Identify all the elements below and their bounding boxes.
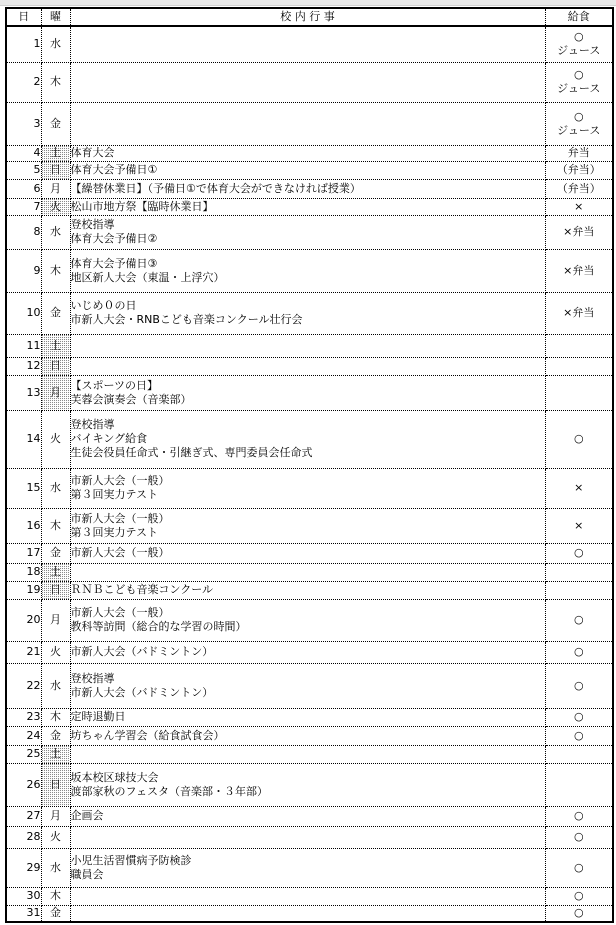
events-cell[interactable] — [70, 357, 545, 375]
event-line: 登校指導 — [71, 672, 545, 686]
day-cell[interactable]: 21 — [6, 641, 41, 663]
lunch-cell[interactable] — [545, 763, 613, 806]
table-row: 25土 — [6, 745, 613, 763]
table-row: 11土 — [6, 334, 613, 357]
lunch-served-mark: ○ — [546, 710, 613, 724]
event-line: 市新人大会（一般） — [71, 474, 545, 488]
lunch-cell[interactable]: ×弁当 — [545, 249, 613, 292]
lunch-cell[interactable]: ○ — [545, 726, 613, 745]
table-row: 5日体育大会予備日①（弁当） — [6, 161, 613, 179]
lunch-cell[interactable] — [545, 563, 613, 581]
table-row: 19日ＲＮＢこども音楽コンクール — [6, 581, 613, 599]
events-cell[interactable]: 市新人大会（一般） — [70, 543, 545, 563]
day-cell[interactable]: 14 — [6, 410, 41, 468]
day-cell[interactable]: 6 — [6, 179, 41, 198]
day-cell[interactable]: 18 — [6, 563, 41, 581]
table-row: 2木○ジュース — [6, 62, 613, 102]
events-cell[interactable]: 小児生活習慣病予防検診職員会 — [70, 848, 545, 887]
event-line: 市新人大会（バドミントン） — [71, 645, 545, 659]
events-cell[interactable] — [70, 563, 545, 581]
day-cell[interactable]: 8 — [6, 215, 41, 249]
event-line: 体育大会 — [71, 146, 545, 160]
table-body: 1水○ジュース2木○ジュース3金○ジュース4土体育大会弁当5日体育大会予備日①（… — [6, 26, 613, 922]
lunch-none-mark: × — [546, 519, 613, 533]
lunch-cell[interactable]: ×弁当 — [545, 292, 613, 334]
event-line: 市新人大会（一般） — [71, 606, 545, 620]
day-cell[interactable]: 22 — [6, 663, 41, 708]
events-cell[interactable]: ＲＮＢこども音楽コンクール — [70, 581, 545, 599]
events-cell[interactable]: 登校指導市新人大会（バドミントン） — [70, 663, 545, 708]
events-cell[interactable] — [70, 826, 545, 848]
event-line: 坂本校区球技大会 — [71, 771, 545, 785]
table-row: 24金坊ちゃん学習会（給食試食会）○ — [6, 726, 613, 745]
table-row: 21火市新人大会（バドミントン）○ — [6, 641, 613, 663]
lunch-cell[interactable]: ○ — [545, 410, 613, 468]
lunch-served-mark: ○ — [546, 432, 613, 446]
day-cell[interactable]: 11 — [6, 334, 41, 357]
weekday-cell[interactable]: 土 — [41, 145, 70, 161]
table-row: 16木市新人大会（一般）第３回実力テスト× — [6, 508, 613, 543]
lunch-cell[interactable]: × — [545, 508, 613, 543]
header-weekday: 曜 — [41, 8, 70, 26]
sheet-top-edge — [0, 0, 616, 6]
lunch-served-mark: ○ — [546, 809, 613, 823]
day-cell[interactable]: 9 — [6, 249, 41, 292]
weekday-cell[interactable]: 火 — [41, 410, 70, 468]
table-row: 30木○ — [6, 887, 613, 905]
lunch-cell[interactable] — [545, 581, 613, 599]
day-cell[interactable]: 10 — [6, 292, 41, 334]
weekday-cell[interactable]: 日 — [41, 161, 70, 179]
events-cell[interactable]: 市新人大会（一般）教科等訪問（総合的な学習の時間） — [70, 599, 545, 641]
day-cell[interactable]: 26 — [6, 763, 41, 806]
table-row: 26日坂本校区球技大会渡部家秋のフェスタ（音楽部・３年部） — [6, 763, 613, 806]
event-line: バイキング給食 — [71, 432, 545, 446]
table-row: 17金市新人大会（一般）○ — [6, 543, 613, 563]
event-line: ＲＮＢこども音楽コンクール — [71, 583, 545, 597]
day-cell[interactable]: 7 — [6, 198, 41, 215]
event-line: 第３回実力テスト — [71, 488, 545, 502]
events-cell[interactable] — [70, 62, 545, 102]
weekday-cell[interactable]: 木 — [41, 708, 70, 726]
lunch-served-mark: ○ — [546, 679, 613, 693]
event-line: 定時退勤日 — [71, 710, 545, 724]
lunch-cell[interactable] — [545, 357, 613, 375]
header-lunch: 給食 — [545, 8, 613, 26]
weekday-cell[interactable]: 水 — [41, 468, 70, 508]
lunch-note: （弁当） — [546, 182, 613, 196]
events-cell[interactable]: 体育大会 — [70, 145, 545, 161]
event-line: 【繰替休業日】（予備日①で体育大会ができなければ授業） — [71, 182, 545, 196]
events-cell[interactable]: 登校指導体育大会予備日② — [70, 215, 545, 249]
event-line: 市新人大会（バドミントン） — [71, 686, 545, 700]
event-line: 渡部家秋のフェスタ（音楽部・３年部） — [71, 785, 545, 799]
weekday-cell[interactable]: 日 — [41, 357, 70, 375]
events-cell[interactable] — [70, 102, 545, 145]
lunch-note: ×弁当 — [546, 264, 613, 278]
weekday-cell[interactable]: 木 — [41, 249, 70, 292]
lunch-cell[interactable]: × — [545, 198, 613, 215]
lunch-served-mark: ○ — [546, 110, 613, 124]
day-cell[interactable]: 25 — [6, 745, 41, 763]
table-row: 8水登校指導体育大会予備日②×弁当 — [6, 215, 613, 249]
event-line: 体育大会予備日① — [71, 163, 545, 177]
lunch-cell[interactable] — [545, 334, 613, 357]
events-cell[interactable] — [70, 745, 545, 763]
header-events: 校 内 行 事 — [70, 8, 545, 26]
weekday-cell[interactable]: 土 — [41, 745, 70, 763]
table-row: 9木体育大会予備日③地区新人大会（東温・上浮穴）×弁当 — [6, 249, 613, 292]
day-cell[interactable]: 27 — [6, 806, 41, 826]
day-cell[interactable]: 17 — [6, 543, 41, 563]
lunch-served-mark: ○ — [546, 30, 613, 44]
event-line: 小児生活習慣病予防検診 — [71, 854, 545, 868]
events-cell[interactable]: 体育大会予備日③地区新人大会（東温・上浮穴） — [70, 249, 545, 292]
lunch-cell[interactable] — [545, 375, 613, 410]
weekday-cell[interactable]: 金 — [41, 102, 70, 145]
table-row: 27月企画会○ — [6, 806, 613, 826]
events-cell[interactable] — [70, 334, 545, 357]
lunch-note: ジュース — [546, 124, 613, 138]
lunch-cell[interactable]: ○ — [545, 708, 613, 726]
events-cell[interactable]: 市新人大会（一般）第３回実力テスト — [70, 508, 545, 543]
lunch-cell[interactable]: × — [545, 468, 613, 508]
table-row: 23木定時退勤日○ — [6, 708, 613, 726]
events-cell[interactable]: 市新人大会（バドミントン） — [70, 641, 545, 663]
event-line: 【スポーツの日】 — [71, 379, 545, 393]
lunch-none-mark: × — [546, 481, 613, 495]
lunch-cell[interactable]: ○ — [545, 826, 613, 848]
weekday-cell[interactable]: 火 — [41, 641, 70, 663]
weekday-cell[interactable]: 水 — [41, 848, 70, 887]
day-cell[interactable]: 13 — [6, 375, 41, 410]
lunch-served-mark: ○ — [546, 546, 613, 560]
table-row: 15水市新人大会（一般）第３回実力テスト× — [6, 468, 613, 508]
event-line: 企画会 — [71, 809, 545, 823]
table-row: 1水○ジュース — [6, 26, 613, 62]
day-cell[interactable]: 3 — [6, 102, 41, 145]
weekday-cell[interactable]: 土 — [41, 334, 70, 357]
lunch-cell[interactable]: ○ジュース — [545, 62, 613, 102]
table-row: 3金○ジュース — [6, 102, 613, 145]
events-cell[interactable]: 体育大会予備日① — [70, 161, 545, 179]
lunch-note: ジュース — [546, 44, 613, 58]
event-line: 登校指導 — [71, 218, 545, 232]
weekday-cell[interactable]: 火 — [41, 826, 70, 848]
lunch-served-mark: ○ — [546, 861, 613, 875]
event-line: 職員会 — [71, 868, 545, 882]
table-row: 14火登校指導バイキング給食生徒会役員任命式・引継ぎ式、専門委員会任命式○ — [6, 410, 613, 468]
lunch-served-mark: ○ — [546, 729, 613, 743]
event-line: 登校指導 — [71, 418, 545, 432]
lunch-note: （弁当） — [546, 163, 613, 177]
event-line: 芙蓉会演奏会（音楽部） — [71, 393, 545, 407]
day-cell[interactable]: 1 — [6, 26, 41, 62]
events-cell[interactable]: 企画会 — [70, 806, 545, 826]
weekday-cell[interactable]: 月 — [41, 806, 70, 826]
lunch-note: ジュース — [546, 82, 613, 96]
lunch-served-mark: ○ — [546, 645, 613, 659]
event-line: 市新人大会・RNBこども音楽コンクール壮行会 — [71, 313, 545, 327]
lunch-note: ×弁当 — [546, 225, 613, 239]
event-line: 松山市地方祭【臨時休業日】 — [71, 200, 545, 214]
lunch-cell[interactable]: ○ — [545, 663, 613, 708]
lunch-served-mark: ○ — [546, 613, 613, 627]
header-day: 日 — [6, 8, 41, 26]
day-cell[interactable]: 23 — [6, 708, 41, 726]
events-cell[interactable]: 松山市地方祭【臨時休業日】 — [70, 198, 545, 215]
lunch-cell[interactable] — [545, 745, 613, 763]
day-cell[interactable]: 4 — [6, 145, 41, 161]
day-cell[interactable]: 28 — [6, 826, 41, 848]
events-cell[interactable] — [70, 887, 545, 905]
day-cell[interactable]: 2 — [6, 62, 41, 102]
events-cell[interactable]: いじめ０の日市新人大会・RNBこども音楽コンクール壮行会 — [70, 292, 545, 334]
lunch-cell[interactable]: （弁当） — [545, 161, 613, 179]
lunch-cell[interactable]: ○ — [545, 543, 613, 563]
table-row: 6月【繰替休業日】（予備日①で体育大会ができなければ授業）（弁当） — [6, 179, 613, 198]
lunch-served-mark: ○ — [546, 889, 613, 903]
weekday-cell[interactable]: 木 — [41, 508, 70, 543]
table-row: 20月市新人大会（一般）教科等訪問（総合的な学習の時間）○ — [6, 599, 613, 641]
weekday-cell[interactable]: 日 — [41, 763, 70, 806]
table-row: 28火○ — [6, 826, 613, 848]
day-cell[interactable]: 19 — [6, 581, 41, 599]
event-line: 市新人大会（一般） — [71, 546, 545, 560]
table-row: 29水小児生活習慣病予防検診職員会○ — [6, 848, 613, 887]
weekday-cell[interactable]: 水 — [41, 26, 70, 62]
weekday-cell[interactable]: 木 — [41, 62, 70, 102]
event-line: いじめ０の日 — [71, 299, 545, 313]
lunch-cell[interactable]: ○ — [545, 599, 613, 641]
day-cell[interactable]: 15 — [6, 468, 41, 508]
event-line: 市新人大会（一般） — [71, 512, 545, 526]
weekday-cell[interactable]: 金 — [41, 905, 70, 922]
table-header-row: 日 曜 校 内 行 事 給食 — [6, 8, 613, 26]
table-row: 31金○ — [6, 905, 613, 922]
events-cell[interactable] — [70, 905, 545, 922]
lunch-cell[interactable]: ○ — [545, 848, 613, 887]
lunch-served-mark: ○ — [546, 830, 613, 844]
lunch-cell[interactable]: 弁当 — [545, 145, 613, 161]
weekday-cell[interactable]: 日 — [41, 581, 70, 599]
event-line: 生徒会役員任命式・引継ぎ式、専門委員会任命式 — [71, 446, 545, 460]
lunch-cell[interactable]: ○ジュース — [545, 102, 613, 145]
day-cell[interactable]: 20 — [6, 599, 41, 641]
lunch-cell[interactable]: ○ — [545, 905, 613, 922]
day-cell[interactable]: 24 — [6, 726, 41, 745]
lunch-served-mark: ○ — [546, 906, 613, 920]
table-row: 12日 — [6, 357, 613, 375]
weekday-cell[interactable]: 土 — [41, 563, 70, 581]
table-row: 13月【スポーツの日】芙蓉会演奏会（音楽部） — [6, 375, 613, 410]
event-line: 体育大会予備日② — [71, 232, 545, 246]
event-line: 体育大会予備日③ — [71, 257, 545, 271]
weekday-cell[interactable]: 木 — [41, 887, 70, 905]
lunch-cell[interactable]: ○ — [545, 887, 613, 905]
day-cell[interactable]: 16 — [6, 508, 41, 543]
weekday-cell[interactable]: 月 — [41, 599, 70, 641]
table-row: 7火松山市地方祭【臨時休業日】× — [6, 198, 613, 215]
day-cell[interactable]: 31 — [6, 905, 41, 922]
events-cell[interactable]: 坂本校区球技大会渡部家秋のフェスタ（音楽部・３年部） — [70, 763, 545, 806]
events-cell[interactable]: 【繰替休業日】（予備日①で体育大会ができなければ授業） — [70, 179, 545, 198]
lunch-cell[interactable]: ○ — [545, 641, 613, 663]
event-line: 第３回実力テスト — [71, 526, 545, 540]
lunch-note: 弁当 — [546, 146, 613, 160]
event-line: 坊ちゃん学習会（給食試食会） — [71, 729, 545, 743]
events-cell[interactable]: 市新人大会（一般）第３回実力テスト — [70, 468, 545, 508]
events-cell[interactable] — [70, 26, 545, 62]
table-row: 18土 — [6, 563, 613, 581]
lunch-served-mark: ○ — [546, 68, 613, 82]
day-cell[interactable]: 5 — [6, 161, 41, 179]
weekday-cell[interactable]: 月 — [41, 375, 70, 410]
weekday-cell[interactable]: 金 — [41, 543, 70, 563]
events-cell[interactable]: 登校指導バイキング給食生徒会役員任命式・引継ぎ式、専門委員会任命式 — [70, 410, 545, 468]
weekday-cell[interactable]: 水 — [41, 663, 70, 708]
lunch-cell[interactable]: ○ジュース — [545, 26, 613, 62]
events-cell[interactable]: 【スポーツの日】芙蓉会演奏会（音楽部） — [70, 375, 545, 410]
table-row: 4土体育大会弁当 — [6, 145, 613, 161]
table-row: 22水登校指導市新人大会（バドミントン）○ — [6, 663, 613, 708]
day-cell[interactable]: 29 — [6, 848, 41, 887]
events-cell[interactable]: 坊ちゃん学習会（給食試食会） — [70, 726, 545, 745]
event-line: 地区新人大会（東温・上浮穴） — [71, 271, 545, 285]
weekday-cell[interactable]: 金 — [41, 726, 70, 745]
table-row: 10金いじめ０の日市新人大会・RNBこども音楽コンクール壮行会×弁当 — [6, 292, 613, 334]
lunch-cell[interactable]: ×弁当 — [545, 215, 613, 249]
lunch-note: ×弁当 — [546, 306, 613, 320]
day-cell[interactable]: 30 — [6, 887, 41, 905]
lunch-cell[interactable]: （弁当） — [545, 179, 613, 198]
weekday-cell[interactable]: 月 — [41, 179, 70, 198]
lunch-none-mark: × — [546, 200, 613, 214]
weekday-cell[interactable]: 火 — [41, 198, 70, 215]
day-cell[interactable]: 12 — [6, 357, 41, 375]
weekday-cell[interactable]: 水 — [41, 215, 70, 249]
school-events-table: 日 曜 校 内 行 事 給食 1水○ジュース2木○ジュース3金○ジュース4土体育… — [5, 7, 614, 923]
events-cell[interactable]: 定時退勤日 — [70, 708, 545, 726]
event-line: 教科等訪問（総合的な学習の時間） — [71, 620, 545, 634]
lunch-cell[interactable]: ○ — [545, 806, 613, 826]
weekday-cell[interactable]: 金 — [41, 292, 70, 334]
